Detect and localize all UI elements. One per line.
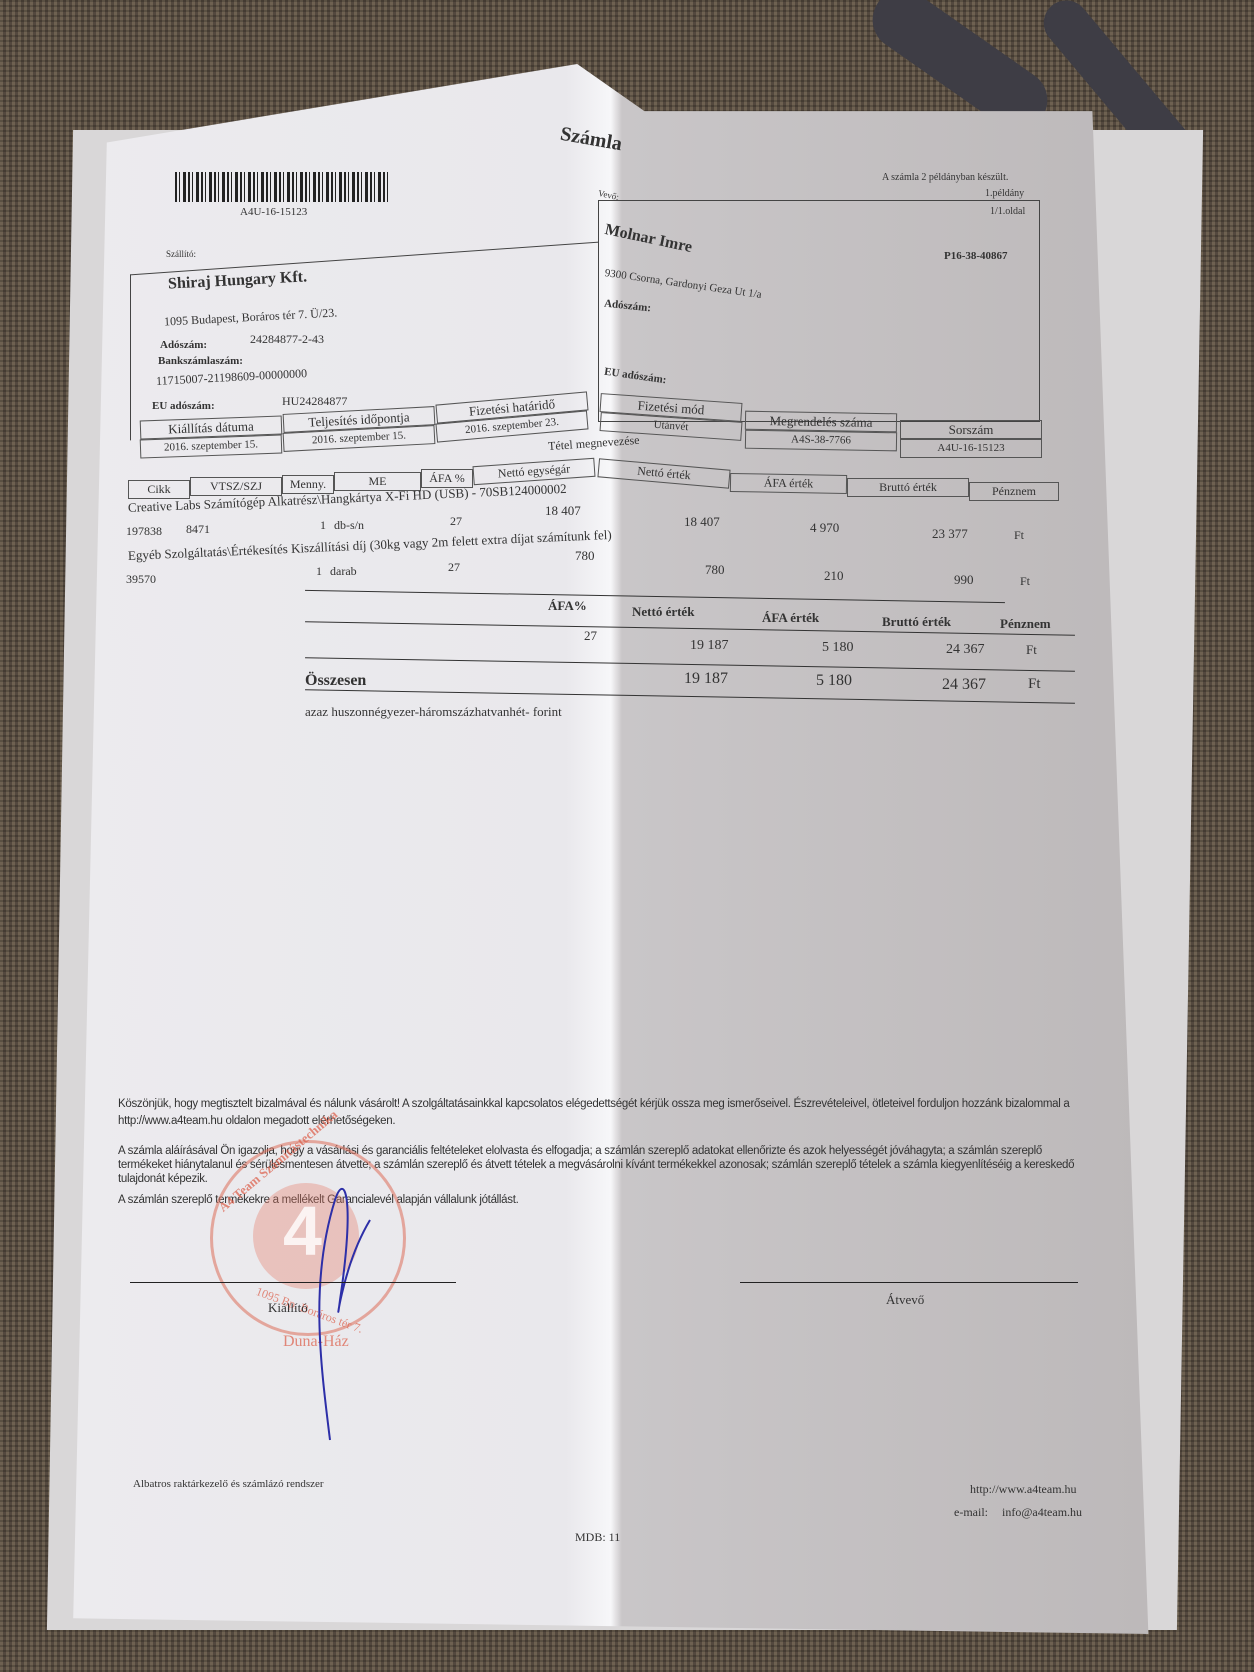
thanks-text: Köszönjük, hogy megtisztelt bizalmával é… [118,1096,1088,1130]
info-header-serial: Sorszám [900,420,1042,439]
item-vtsz: 8471 [186,522,210,537]
col-vat: ÁFA érték [730,473,847,494]
barcode-text: A4U-16-15123 [240,206,307,218]
item-unit-net: 18 407 [545,503,581,519]
mdb-code: MDB: 11 [575,1530,620,1545]
summary-header-vat-pct: ÁFA% [548,598,587,614]
software-name: Albatros raktárkezelő és számlázó rendsz… [133,1478,324,1490]
website-link[interactable]: http://www.a4team.hu [970,1482,1077,1497]
total-label: Összesen [305,672,366,690]
item-vat-pct: 27 [450,514,462,529]
item-net: 18 407 [684,514,720,530]
info-header-order-number: Megrendelés száma [745,411,897,433]
barcode [175,172,390,202]
item-cikk: 39570 [126,572,156,587]
total-in-words: azaz huszonnégyezer-háromszázhatvanhét- … [305,704,562,720]
buyer-code: P16-38-40867 [944,250,1008,262]
summary-vat-pct: 27 [584,628,597,644]
item-unit: darab [330,564,357,579]
info-issue-date: 2016. szeptember 15. [140,435,283,459]
copy-number: 1.példány [985,188,1024,199]
summary-header-net: Nettó érték [632,604,694,620]
item-qty: 1 [316,564,322,579]
item-gross: 23 377 [932,526,968,542]
invoice-document: Számla A4U-16-15123 A számla 2 példányba… [0,0,1254,1672]
item-net: 780 [705,562,725,578]
seller-bank-label: Bankszámlaszám: [158,355,243,367]
items-name-header: Tétel megnevezése [548,433,640,454]
summary-header-vat: ÁFA érték [762,610,819,626]
receiver-label: Átvevő [886,1292,924,1308]
summary-net: 19 187 [690,638,729,654]
summary-header-currency: Pénznem [1000,616,1051,632]
email-link[interactable]: info@a4team.hu [1002,1505,1082,1520]
item-currency: Ft [1020,574,1030,589]
receiver-signature-line [740,1282,1078,1283]
info-order-number: A4S-38-7766 [745,430,897,452]
copy-note: A számla 2 példányban készült. [882,172,1008,183]
seller-label: Szállító: [166,249,196,259]
document-title: Számla [558,123,623,156]
seller-tax-label: Adószám: [160,339,207,351]
col-gross: Bruttó érték [847,478,969,497]
total-vat: 5 180 [816,672,852,690]
email-label: e-mail: [954,1505,988,1520]
summary-currency: Ft [1026,642,1037,658]
col-cikk: Cikk [128,480,190,499]
col-unit-net: Nettó egységár [472,458,595,485]
issuer-signature-line [130,1282,456,1283]
item-vat: 4 970 [810,520,839,536]
total-gross: 24 367 [942,676,986,694]
item-unit: db-s/n [334,518,364,533]
summary-header-gross: Bruttó érték [882,614,951,630]
item-vat: 210 [824,568,844,584]
seller-eu-tax-label: EU adószám: [152,400,215,412]
col-net: Nettó érték [597,458,730,488]
item-unit-net: 780 [575,548,595,564]
item-vat-pct: 27 [448,560,460,575]
col-currency: Pénznem [969,482,1059,501]
summary-gross: 24 367 [946,642,985,658]
total-currency: Ft [1028,676,1041,693]
info-serial: A4U-16-15123 [900,439,1042,458]
item-qty: 1 [320,518,326,533]
signature [300,1160,420,1460]
item-gross: 990 [954,572,974,588]
item-currency: Ft [1014,528,1024,543]
summary-rule [305,590,1005,603]
summary-vat: 5 180 [822,640,854,656]
issuer-label: Kiállító [268,1300,308,1316]
seller-eu-tax-number: HU24284877 [282,394,347,409]
seller-tax-number: 24284877-2-43 [250,332,324,347]
total-net: 19 187 [684,670,728,688]
item-cikk: 197838 [126,524,162,539]
summary-rule [305,621,1075,635]
